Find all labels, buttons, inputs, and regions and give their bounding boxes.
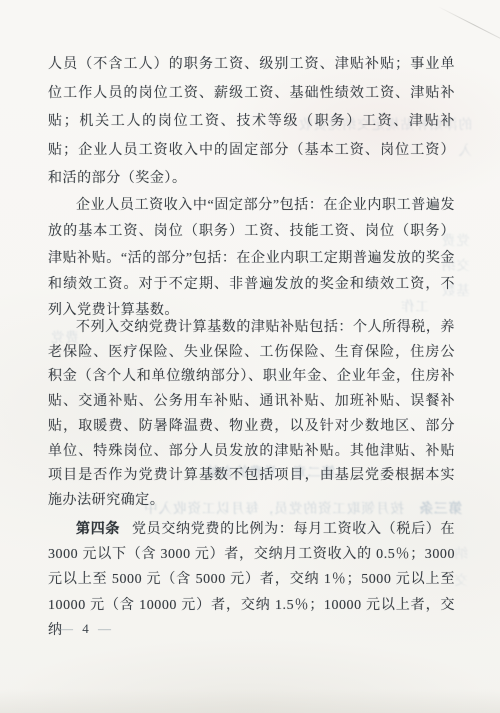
body-paragraph-fixed-part: 企业人员工资收入中“固定部分”包括：在企业内职工普遍发放的基本工资、岗位（职务）…	[48, 193, 455, 324]
article-4-heading: 第四条	[76, 522, 120, 537]
page-number: — 4 —	[60, 621, 114, 637]
page-number-value: 4	[82, 621, 92, 636]
scan-bottom-shadow	[0, 689, 500, 713]
scanned-document-page: 的津贴补贴规定交纳党费收入 党费交纳基数 工作 费党 第二章 党费的交纳 第三条…	[0, 0, 500, 713]
page-number-dash-right: —	[98, 621, 114, 636]
body-paragraph-excluded-subsidies: 不列入交纳党费计算基数的津贴补贴包括：个人所得税，养老保险、医疗保险、失业保险、…	[48, 316, 455, 514]
page-number-dash-left: —	[60, 621, 76, 636]
body-paragraph-continuation: 人员（不含工人）的职务工资、级别工资、津贴补贴；事业单位工作人员的岗位工资、薪级…	[48, 51, 455, 194]
scan-crease-line	[438, 6, 500, 44]
